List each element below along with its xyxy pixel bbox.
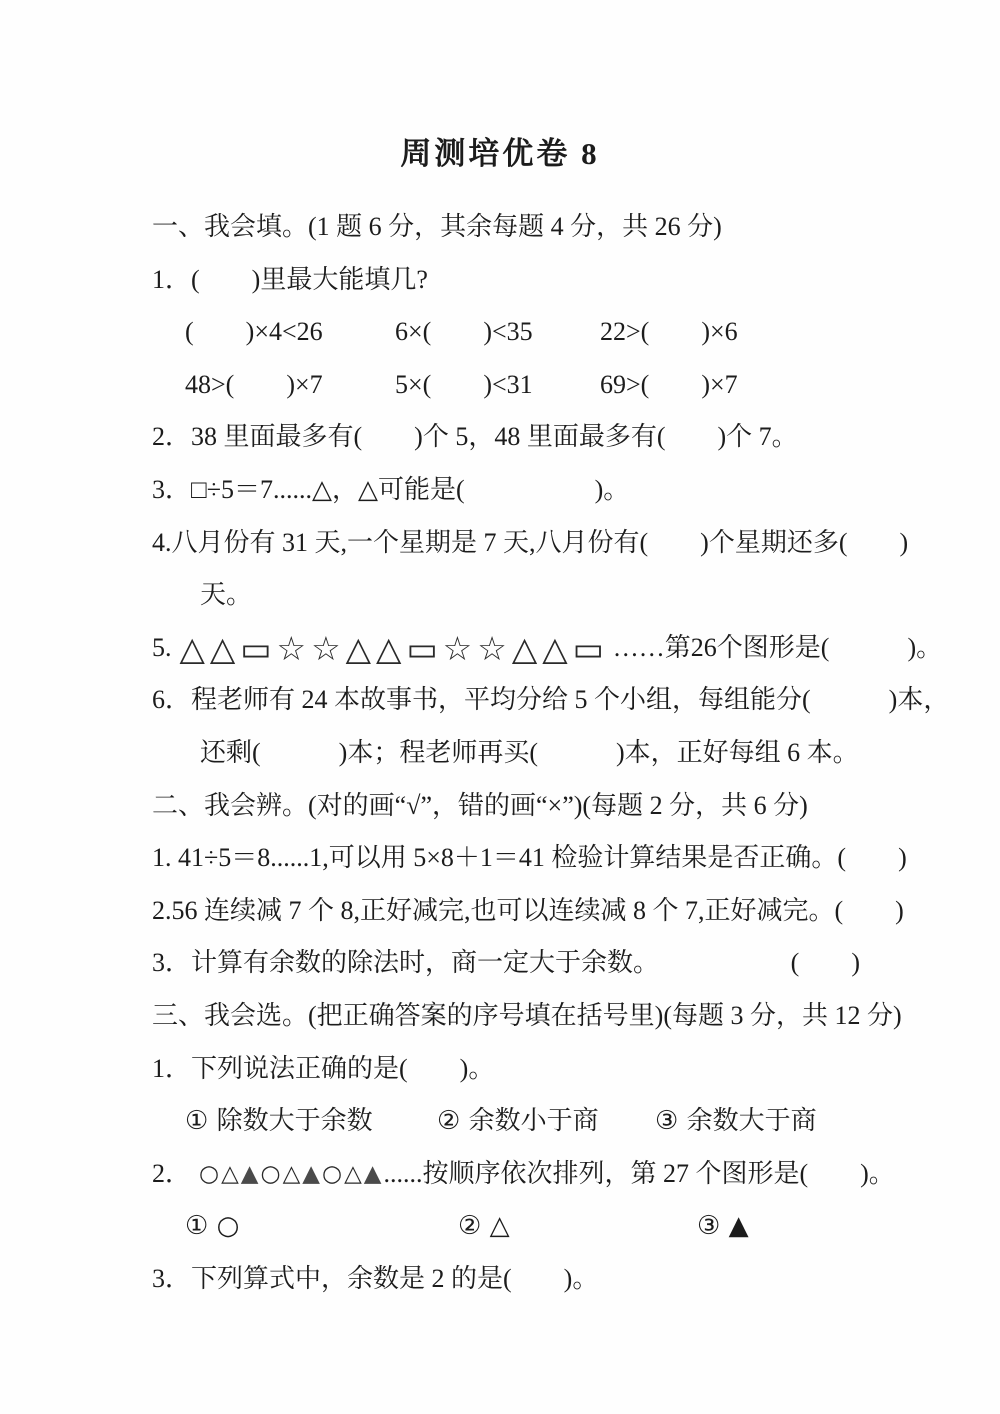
shaded-triangle-shape-icon: ▲ — [364, 1161, 383, 1187]
triangle-shape-icon: △ — [346, 632, 371, 665]
section1-header: 一、我会填。(1 题 6 分，其余每题 4 分，共 26 分) — [152, 201, 860, 254]
section3-q1: 1．下列说法正确的是( )。 — [152, 1043, 860, 1096]
triangle-shape-icon: △ — [376, 632, 401, 665]
circle-shape-icon: ○ — [261, 1161, 282, 1187]
section1-q4-line1: 4.八月份有 31 天,一个星期是 7 天,八月份有( )个星期还多( ) — [152, 517, 860, 570]
rect-shape-icon: ▭ — [406, 632, 437, 665]
shaded-triangle-shape-icon: ▲ — [302, 1161, 321, 1187]
rect-shape-icon: ▭ — [573, 632, 604, 665]
equation-blank: 69>( )×7 — [600, 359, 738, 412]
triangle-shape-icon: △ — [180, 632, 205, 665]
section1-q3: 3．□÷5＝7......△，△可能是( )。 — [152, 464, 860, 517]
option-1: ① ○ — [185, 1200, 458, 1253]
section2-q1: 1. 41÷5＝8......1,可以用 5×8＋1＝41 检验计算结果是否正确… — [152, 832, 860, 885]
equation-blank: 22>( )×6 — [600, 306, 738, 359]
star-shape-icon: ☆ — [443, 632, 473, 665]
section3-q2: 2． ○△▲○△▲○△▲ ......按顺序依次排列，第 27 个图形是( )。 — [152, 1148, 860, 1201]
section1-q6-line2: 还剩( )本；程老师再买( )本，正好每组 6 本。 — [152, 727, 860, 780]
equation-blank: 5×( )<31 — [395, 359, 600, 412]
circle-shape-icon: ○ — [199, 1161, 220, 1187]
section1-q4-line2: 天。 — [152, 569, 860, 622]
section2-header: 二、我会辨。(对的画“√”，错的画“×”)(每题 2 分，共 6 分) — [152, 780, 860, 833]
section2-q2: 2.56 连续减 7 个 8,正好减完,也可以连续减 8 个 7,正好减完。( … — [152, 885, 860, 938]
equation-blank: ( )×4<26 — [185, 306, 395, 359]
section1-q5-question: ……第26个图形是( )。 — [613, 622, 942, 675]
triangle-shape-icon: △ — [542, 632, 567, 665]
star-shape-icon: ☆ — [311, 632, 341, 665]
section1-q1-equations-row1: ( )×4<266×( )<3522>( )×6 — [152, 306, 860, 359]
star-shape-icon: ☆ — [477, 632, 507, 665]
section3-q2-question: ......按顺序依次排列，第 27 个图形是( )。 — [383, 1148, 894, 1201]
option-2: ② 余数小于商 — [437, 1095, 655, 1148]
exam-body: 一、我会填。(1 题 6 分，其余每题 4 分，共 26 分) 1．( )里最大… — [152, 201, 860, 1305]
option-3: ③ 余数大于商 — [655, 1095, 817, 1148]
triangle-shape-icon: △ — [210, 632, 235, 665]
section1-q1-equations-row2: 48>( )×75×( )<3169>( )×7 — [152, 359, 860, 412]
triangle-shape-icon: △ — [344, 1161, 363, 1187]
triangle-shape-icon: △ — [512, 632, 537, 665]
option-2: ② △ — [458, 1200, 697, 1253]
equation-blank: 48>( )×7 — [185, 359, 395, 412]
star-shape-icon: ☆ — [276, 632, 306, 665]
shape-pattern-sequence: △△▭☆☆△△▭☆☆△△▭ — [180, 632, 609, 665]
section1-q6-line1: 6．程老师有 24 本故事书，平均分给 5 个小组，每组能分( )本， — [152, 674, 860, 727]
section3-q3: 3．下列算式中，余数是 2 的是( )。 — [152, 1253, 860, 1306]
option-1: ① 除数大于余数 — [185, 1095, 437, 1148]
section1-q5-number: 5. — [152, 622, 172, 675]
section3-q2-number: 2． — [152, 1148, 191, 1201]
section1-q2: 2．38 里面最多有( )个 5，48 里面最多有( )个 7。 — [152, 411, 860, 464]
section2-q3-answer-blank: ( ) — [791, 937, 860, 990]
section2-q3: 3．计算有余数的除法时，商一定大于余数。 ( ) — [152, 937, 860, 990]
triangle-shape-icon: △ — [221, 1161, 240, 1187]
section2-q3-statement: 3．计算有余数的除法时，商一定大于余数。 — [152, 937, 659, 990]
triangle-shape-icon: △ — [283, 1161, 302, 1187]
option-3: ③ ▲ — [697, 1200, 749, 1253]
section3-q2-options: ① ○② △③ ▲ — [152, 1200, 860, 1253]
rect-shape-icon: ▭ — [240, 632, 271, 665]
exam-title: 周测培优卷 8 — [0, 128, 1000, 173]
shape-pattern-sequence: ○△▲○△▲○△▲ — [199, 1148, 383, 1201]
shaded-triangle-shape-icon: ▲ — [241, 1161, 260, 1187]
section1-q5: 5. △△▭☆☆△△▭☆☆△△▭ ……第26个图形是( )。 — [152, 622, 860, 675]
equation-blank: 6×( )<35 — [395, 306, 600, 359]
section3-header: 三、我会选。(把正确答案的序号填在括号里)(每题 3 分，共 12 分) — [152, 990, 860, 1043]
section3-q1-options: ① 除数大于余数② 余数小于商③ 余数大于商 — [152, 1095, 860, 1148]
exam-paper-page: 周测培优卷 8 一、我会填。(1 题 6 分，其余每题 4 分，共 26 分) … — [0, 0, 1000, 1414]
section1-q1-text: 1．( )里最大能填几? — [152, 254, 860, 307]
circle-shape-icon: ○ — [322, 1161, 343, 1187]
